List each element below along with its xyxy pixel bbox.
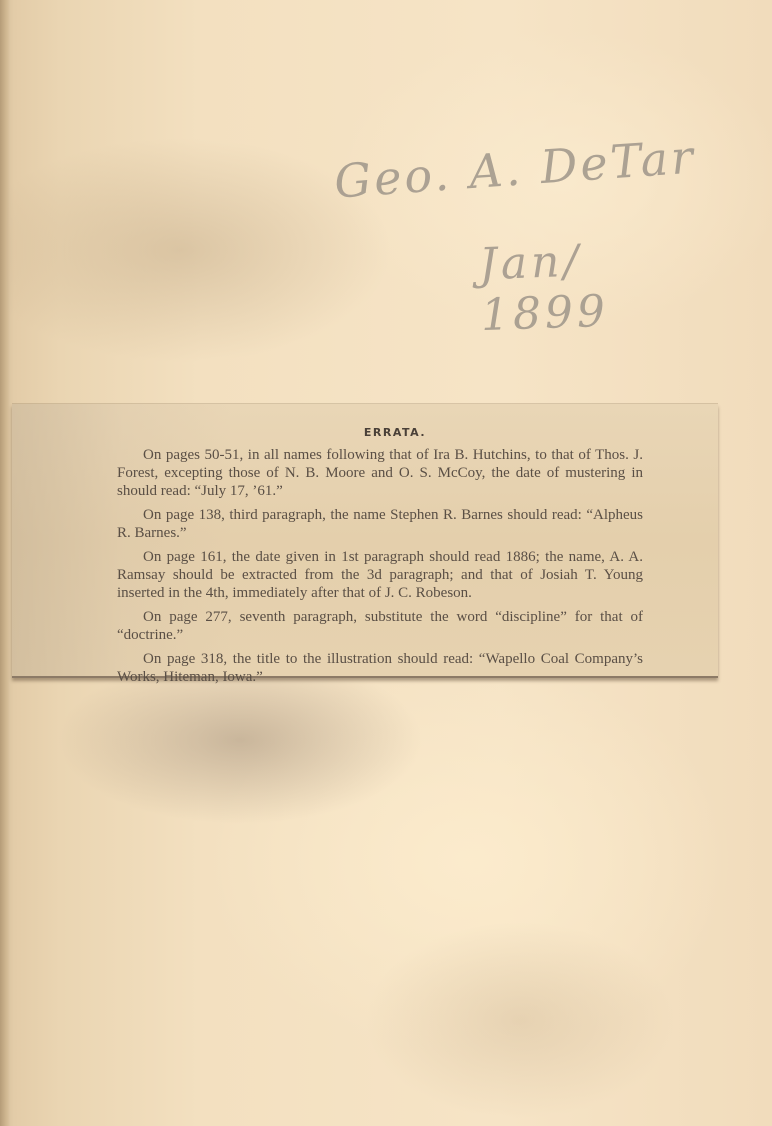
errata-title: ERRATA. (12, 426, 718, 439)
errata-entry: On page 277, seventh paragraph, substitu… (117, 608, 643, 644)
page-spine-edge (0, 0, 10, 1126)
errata-entry: On page 161, the date given in 1st parag… (117, 548, 643, 602)
handwritten-inscription: Geo. A. DeTar Jan/ 1899 (330, 120, 720, 330)
book-page: Geo. A. DeTar Jan/ 1899 ERRATA. On pages… (0, 0, 772, 1126)
errata-body: On pages 50-51, in all names following t… (117, 446, 643, 692)
inscription-name: Geo. A. DeTar (333, 129, 698, 208)
errata-slip: ERRATA. On pages 50-51, in all names fol… (12, 404, 718, 678)
errata-entry: On pages 50-51, in all names following t… (117, 446, 643, 500)
errata-entry: On page 318, the title to the illustrati… (117, 650, 643, 686)
errata-entry: On page 138, third paragraph, the name S… (117, 506, 643, 542)
inscription-date: Jan/ 1899 (478, 231, 721, 341)
